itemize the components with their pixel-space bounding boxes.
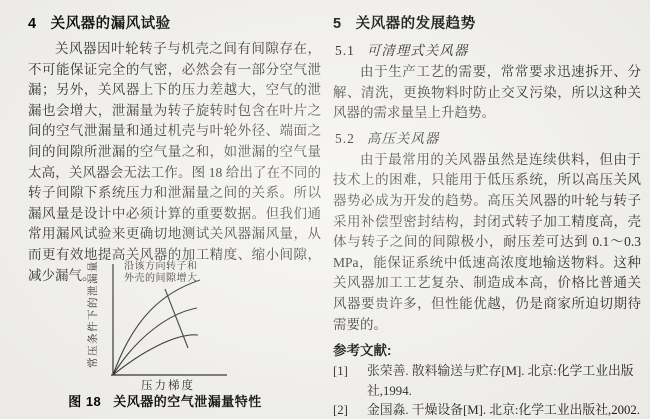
subsection-5-2-number: 5.2 [335,131,355,146]
figure-caption-label: 图 18 [68,394,101,409]
reference-item-1: [1]张荣善. 散料输送与贮存[M]. 北京:化学工业出版社,1994. [333,362,641,401]
reference-2-text: 金国淼. 干燥设备[M]. 北京:化学工业出版社,2002. [367,403,640,417]
subsection-5-1-heading: 5.1可清理式关风器 [335,39,641,59]
scanned-paper-page: 4关风器的漏风试验 关风器因叶轮转子与机壳之间有间隙存在，不可能保证完全的气密，… [0,0,650,419]
y-axis-label: 常压条件下的泄漏量 [86,260,99,368]
reference-1-marker: [1] [333,362,359,382]
references-heading: 参考文献: [333,339,641,359]
chart-annotation-line2: 外壳的间隙增大 [124,271,198,284]
subsection-5-2-heading: 5.2高压关风器 [335,127,641,147]
section-5-title: 关风器的发展趋势 [356,16,476,32]
leakage-curve-largest-clearance [113,280,200,375]
right-column: 5关风器的发展趋势 5.1可清理式关风器 由于生产工艺的需要，常常要求迅速拆开、… [333,10,641,419]
chart-annotation-line1: 沿该方向转子和 [124,259,198,272]
section-4-title: 关风器的漏风试验 [51,16,171,32]
subsection-5-1-title: 可清理式关风器 [367,43,469,58]
reference-1-text: 张荣善. 散料输送与贮存[M]. 北京:化学工业出版社,1994. [367,364,634,398]
section-4-paragraph: 关风器因叶轮转子与机壳之间有间隙存在，不可能保证完全的气密，必然会有一部分空气泄… [28,39,321,286]
x-axis-label: 压力梯度 [141,378,195,392]
section-4-heading: 4关风器的漏风试验 [28,12,321,33]
figure-18-caption: 图 18关风器的空气泄漏量特性 [40,391,290,410]
section-5-heading: 5关风器的发展趋势 [333,12,641,33]
subsection-5-1-number: 5.1 [335,43,355,58]
reference-item-2: [2]金国淼. 干燥设备[M]. 北京:化学工业出版社,2002. [333,401,641,419]
section-5-number: 5 [333,16,342,32]
reference-2-marker: [2] [333,401,359,419]
subsection-5-1-paragraph: 由于生产工艺的需要，常常要求迅速拆开、分解、清洗，更换物料时防止交叉污染，所以这… [333,62,641,124]
left-column: 4关风器的漏风试验 关风器因叶轮转子与机壳之间有间隙存在，不可能保证完全的气密，… [28,10,321,288]
subsection-5-2-title: 高压关风器 [367,131,440,146]
leakage-chart-svg: 沿该方向转子和 外壳的间隙增大 常压条件下的泄漏量 压力梯度 [78,256,264,393]
figure-caption-title: 关风器的空气泄漏量特性 [113,394,262,409]
section-4-number: 4 [28,16,37,32]
figure-18: 沿该方向转子和 外壳的间隙增大 常压条件下的泄漏量 压力梯度 [78,256,264,393]
subsection-5-2-paragraph: 由于最常用的关风器虽然是连续供料，但由于技术上的困难，只能用于低压系统，所以高压… [333,150,641,335]
